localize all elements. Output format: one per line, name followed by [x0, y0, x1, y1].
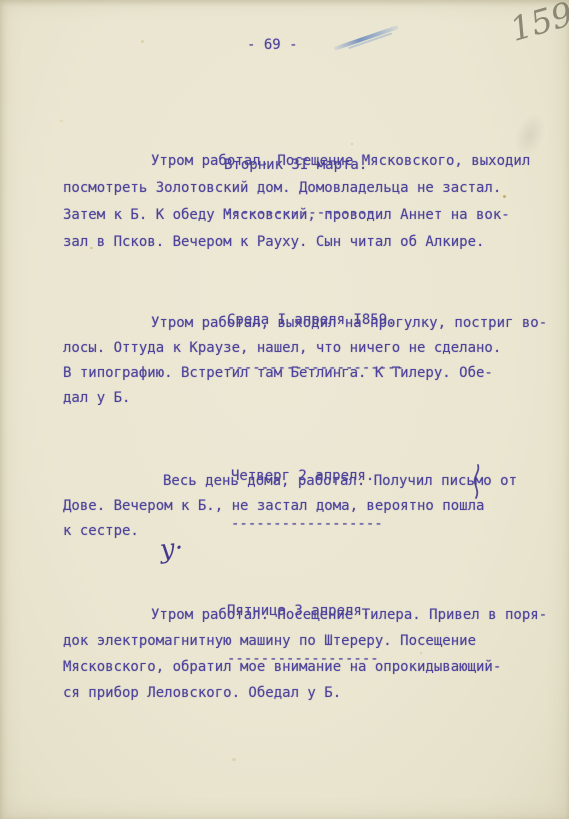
text-line: Утром работал. Посещение Тилера. Привел … [63, 602, 533, 628]
pencil-folio-number: 159 [506, 0, 569, 49]
paper-speck [60, 120, 63, 122]
paper-speck [232, 758, 236, 761]
text-line: Утром работал, выходил на прогулку, пост… [63, 311, 533, 336]
paper-speck [141, 40, 144, 43]
paper-speck [503, 195, 506, 198]
scanned-diary-page: - 69 - 159 Вторник 3I марта. -----------… [0, 0, 569, 819]
entry-body-tuesday: Утром работал. Посещение Мясковского, вы… [63, 148, 533, 256]
entry-body-wednesday: Утром работал, выходил на прогулку, пост… [63, 311, 533, 411]
text-line: дал у Б. [63, 386, 533, 411]
blue-pencil-mark [333, 25, 399, 51]
text-line: Затем к Б. К обеду Мясковский, проводил … [63, 202, 533, 229]
text-line: В типографию. Встретил там Бетлинга. К Т… [63, 361, 533, 386]
entry-body-friday: Утром работал. Посещение Тилера. Привел … [63, 602, 533, 706]
text-line: посмотреть Золотовский дом. Домовладельц… [63, 175, 533, 202]
text-line: Мясковского, обратил мое внимание на опр… [63, 654, 533, 680]
text-line: ся прибор Леловского. Обедал у Б. [63, 680, 533, 706]
handwritten-ink-note: у· [158, 533, 184, 565]
text-line: док электромагнитную машину по Штереру. … [63, 628, 533, 654]
paper-speck [90, 247, 93, 249]
text-line: к сестре. [63, 519, 533, 544]
text-line: Утром работал. Посещение Мясковского, вы… [63, 148, 533, 175]
ink-insertion-stroke [469, 464, 483, 500]
text-line: Дове. Вечером к Б., не застал дома, веро… [63, 494, 533, 519]
text-line: зал в Псков. Вечером к Рауху. Сын читал … [63, 229, 533, 256]
text-line: лосы. Оттуда к Краузе, нашел, что ничего… [63, 336, 533, 361]
typed-page-number: - 69 - [247, 37, 298, 53]
paper-speck [420, 652, 422, 654]
text-line: Весь день дома, работал. Получил письмо … [63, 469, 533, 494]
paper-speck [351, 143, 353, 145]
entry-body-thursday: Весь день дома, работал. Получил письмо … [63, 469, 533, 544]
